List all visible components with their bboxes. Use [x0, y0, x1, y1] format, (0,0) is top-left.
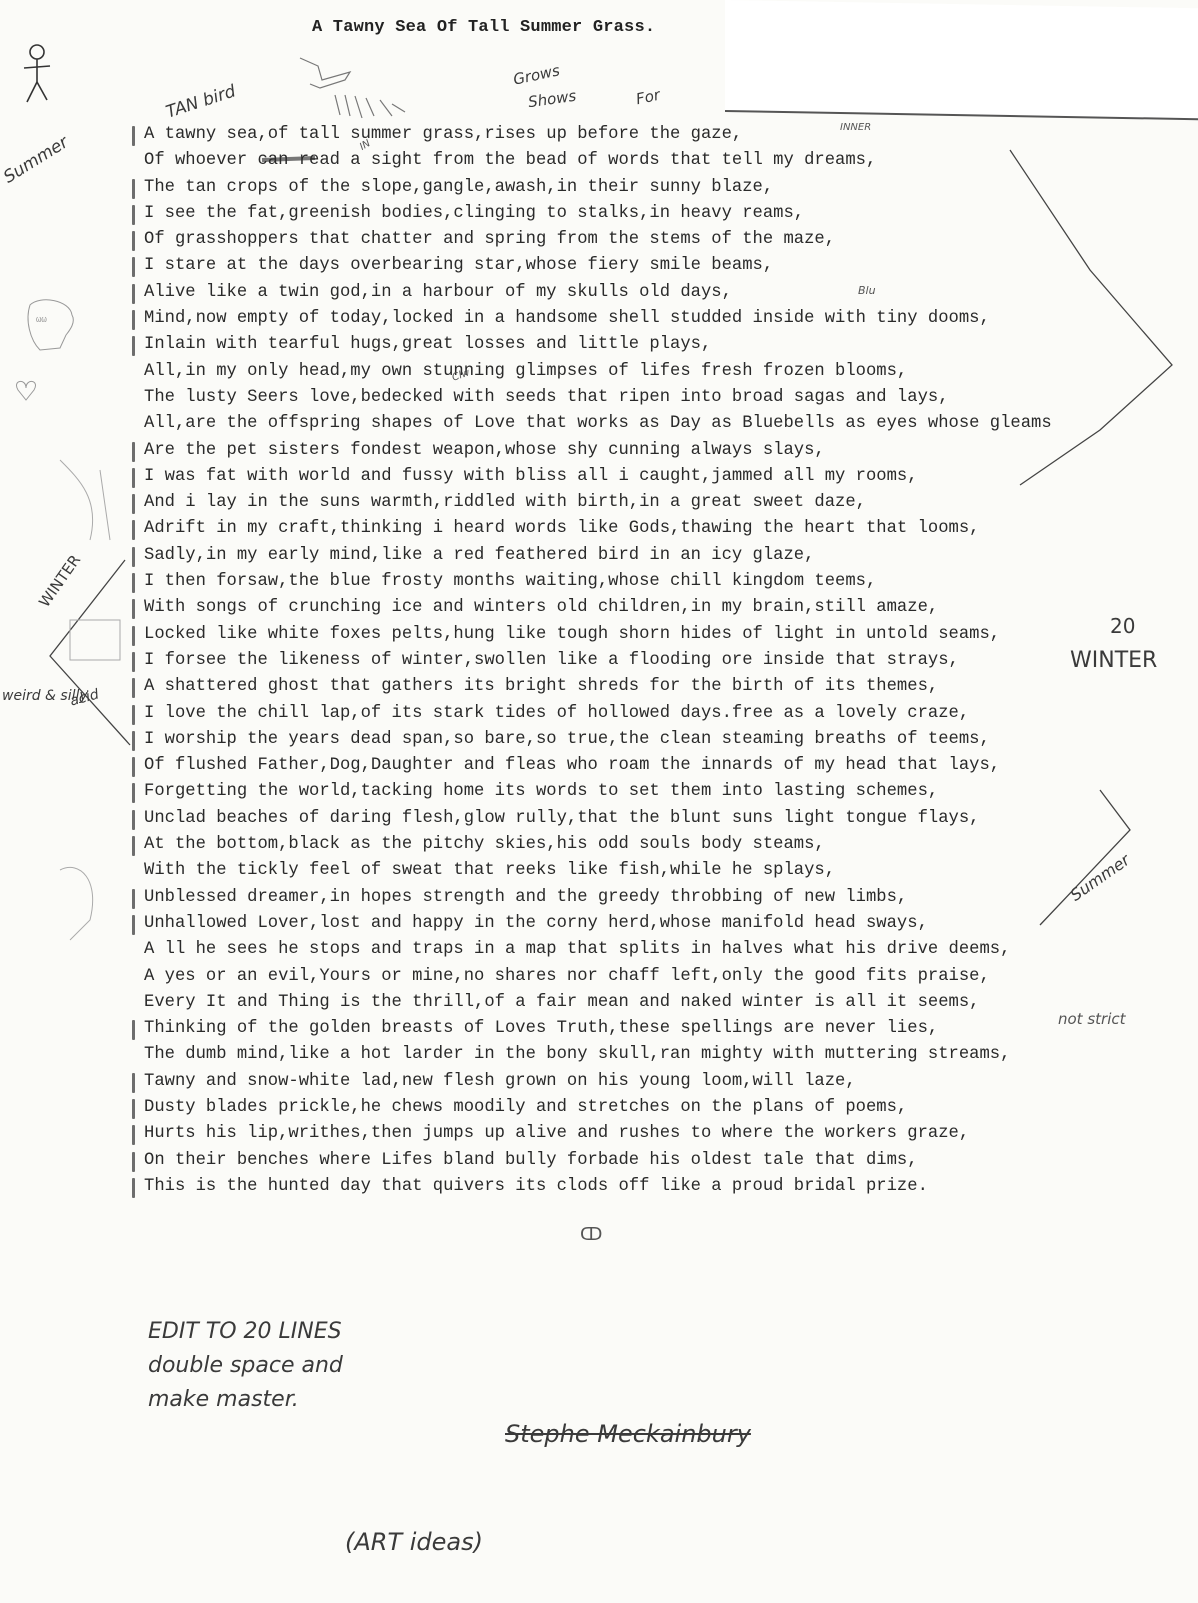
note-for: For: [634, 86, 661, 109]
edit-line-1: EDIT TO 20 LINES: [148, 1315, 343, 1349]
poem-line: The lusty Seers love,bedecked with seeds…: [144, 385, 1194, 411]
note-summer-left: Summer: [0, 132, 72, 187]
poem-line: Of flushed Father,Dog,Daughter and fleas…: [144, 753, 1194, 779]
note-tan-bird: TAN bird: [164, 81, 239, 122]
poem-line-text: Tawny and snow-white lad,new flesh grown…: [144, 1072, 856, 1091]
poem-line: A shattered ghost that gathers its brigh…: [144, 674, 1194, 700]
margin-bar: [132, 257, 135, 277]
margin-bar: [132, 652, 135, 672]
margin-bar: [132, 284, 135, 304]
poem-line: Inlain with tearful hugs,great losses an…: [144, 332, 1194, 358]
margin-bar: [132, 915, 135, 935]
poem-line-text: Inlain with tearful hugs,great losses an…: [144, 335, 711, 354]
poem-line-text: Hurts his lip,writhes,then jumps up aliv…: [144, 1124, 969, 1143]
margin-bar: [132, 573, 135, 593]
poem-line: The dumb mind,like a hot larder in the b…: [144, 1042, 1194, 1068]
margin-bar: [132, 179, 135, 199]
margin-bar: [132, 1099, 135, 1119]
poem-line-text: A ll he sees he stops and traps in a map…: [144, 940, 1010, 959]
poem-line-text: With the tickly feel of sweat that reeks…: [144, 861, 835, 880]
margin-bar: [132, 836, 135, 856]
stick-figure-icon: [24, 45, 50, 102]
poem-line-text: The tan crops of the slope,gangle,awash,…: [144, 178, 773, 197]
poem-line-text: I worship the years dead span,so bare,so…: [144, 730, 990, 749]
margin-bar: [132, 626, 135, 646]
poem-line: Unclad beaches of daring flesh,glow rull…: [144, 806, 1194, 832]
note-blu: Blu: [858, 284, 876, 297]
margin-bar: [132, 126, 135, 146]
margin-bar: [132, 231, 135, 251]
poem-line: With songs of crunching ice and winters …: [144, 595, 1194, 621]
poem-line-text: All,are the offspring shapes of Love tha…: [144, 414, 1052, 433]
poem-line: I stare at the days overbearing star,who…: [144, 253, 1194, 279]
margin-bar: [132, 599, 135, 619]
poem-line-text: Thinking of the golden breasts of Loves …: [144, 1019, 938, 1038]
margin-bar: [132, 547, 135, 567]
poem-line: I see the fat,greenish bodies,clinging t…: [144, 201, 1194, 227]
margin-bar: [132, 336, 135, 356]
poem-line-text: Locked like white foxes pelts,hung like …: [144, 625, 1000, 644]
poem-line-text: A tawny sea,of tall summer grass,rises u…: [144, 125, 742, 144]
margin-bar: [132, 678, 135, 698]
poem-line: Alive like a twin god,in a harbour of my…: [144, 280, 1194, 306]
poem-line: I worship the years dead span,so bare,so…: [144, 727, 1194, 753]
poem-line-text: A yes or an evil,Yours or mine,no shares…: [144, 967, 990, 986]
poem-line: At the bottom,black as the pitchy skies,…: [144, 832, 1194, 858]
poem-line: I love the chill lap,of its stark tides …: [144, 701, 1194, 727]
margin-bar: [132, 1152, 135, 1172]
poem-line: I then forsaw,the blue frosty months wai…: [144, 569, 1194, 595]
edit-line-3: make master.: [148, 1383, 343, 1417]
poem-line-text: Of flushed Father,Dog,Daughter and fleas…: [144, 756, 1000, 775]
note-winter-left: WINTER: [35, 551, 84, 610]
svg-text:ωω: ωω: [36, 315, 47, 325]
poem-line: Are the pet sisters fondest weapon,whose…: [144, 438, 1194, 464]
poem-line-text: Sadly,in my early mind,like a red feathe…: [144, 546, 814, 565]
poem-line-text: Unclad beaches of daring flesh,glow rull…: [144, 809, 979, 828]
poem-line-text: A shattered ghost that gathers its brigh…: [144, 677, 938, 696]
margin-bar: [132, 442, 135, 462]
note-count-20: 20: [1110, 614, 1135, 638]
poem-line-text: I stare at the days overbearing star,who…: [144, 256, 773, 275]
poem-line: With the tickly feel of sweat that reeks…: [144, 858, 1194, 884]
poem-line: On their benches where Lifes bland bully…: [144, 1148, 1194, 1174]
poem-line-text: The dumb mind,like a hot larder in the b…: [144, 1045, 1010, 1064]
poem-line-text: Unhallowed Lover,lost and happy in the c…: [144, 914, 928, 933]
note-not-strict: not strict: [1058, 1010, 1126, 1028]
note-inner: INNER: [840, 122, 871, 133]
margin-bar: [132, 1020, 135, 1040]
margin-bar: [132, 1125, 135, 1145]
note-shows: Shows: [527, 87, 577, 112]
poem-line-text: I forsee the likeness of winter,swollen …: [144, 651, 959, 670]
edit-instructions: EDIT TO 20 LINES double space and make m…: [148, 1315, 343, 1417]
note-grows: Grows: [512, 61, 562, 88]
poem-line-text: With songs of crunching ice and winters …: [144, 598, 938, 617]
poem-line-text: I see the fat,greenish bodies,clinging t…: [144, 204, 804, 223]
poem-line-text: I was fat with world and fussy with blis…: [144, 467, 918, 486]
margin-bar: [132, 310, 135, 330]
margin-bar: [132, 731, 135, 751]
poem-title: A Tawny Sea Of Tall Summer Grass.: [312, 18, 655, 37]
poem-line: Unblessed dreamer,in hopes strength and …: [144, 885, 1194, 911]
head-sketch-icon: ωω: [28, 300, 73, 350]
poem-line: Adrift in my craft,thinking i heard word…: [144, 516, 1194, 542]
poem-line-text: The lusty Seers love,bedecked with seeds…: [144, 388, 949, 407]
heart-sketch-icon: [17, 381, 36, 400]
poem-line-text: Unblessed dreamer,in hopes strength and …: [144, 888, 907, 907]
bird-sketch-icon: [300, 58, 405, 118]
poem-line: Tawny and snow-white lad,new flesh grown…: [144, 1069, 1194, 1095]
margin-bar: [132, 468, 135, 488]
poem-line-text: Adrift in my craft,thinking i heard word…: [144, 519, 979, 538]
poem-line: A tawny sea,of tall summer grass,rises u…: [144, 122, 1194, 148]
poem-line-text: Every It and Thing is the thrill,of a fa…: [144, 993, 979, 1012]
poem-line-text: Alive like a twin god,in a harbour of my…: [144, 283, 732, 302]
poem-line: Mind,now empty of today,locked in a hand…: [144, 306, 1194, 332]
poem-line: I forsee the likeness of winter,swollen …: [144, 648, 1194, 674]
poem-line-text: On their benches where Lifes bland bully…: [144, 1151, 918, 1170]
poem-line-text: This is the hunted day that quivers its …: [144, 1177, 928, 1196]
margin-bar: [132, 889, 135, 909]
margin-bar: [132, 705, 135, 725]
signature: Stephe Meckainbury: [505, 1420, 751, 1448]
poem-line: Dusty blades prickle,he chews moodily an…: [144, 1095, 1194, 1121]
margin-bar: [132, 783, 135, 803]
poem-line: This is the hunted day that quivers its …: [144, 1174, 1194, 1200]
poem-line: A ll he sees he stops and traps in a map…: [144, 937, 1194, 963]
poem-line-text: Are the pet sisters fondest weapon,whose…: [144, 441, 825, 460]
poem-line: The tan crops of the slope,gangle,awash,…: [144, 175, 1194, 201]
poem-line: Of grasshoppers that chatter and spring …: [144, 227, 1194, 253]
poem-line-text: At the bottom,black as the pitchy skies,…: [144, 835, 825, 854]
poem-line-text: I then forsaw,the blue frosty months wai…: [144, 572, 876, 591]
poem-line-text: I love the chill lap,of its stark tides …: [144, 704, 969, 723]
poem-line: I was fat with world and fussy with blis…: [144, 464, 1194, 490]
poem-line: All,are the offspring shapes of Love tha…: [144, 411, 1194, 437]
poem-line: Of whoever can read a sight from the bea…: [144, 148, 1194, 174]
art-ideas-note: (ART ideas): [345, 1528, 483, 1556]
poem-line-text: And i lay in the suns warmth,riddled wit…: [144, 493, 866, 512]
poem-line-text: Dusty blades prickle,he chews moodily an…: [144, 1098, 907, 1117]
poem-line-text: All,in my only head,my own stunning glim…: [144, 362, 907, 381]
margin-bar: [132, 757, 135, 777]
poem-line: Sadly,in my early mind,like a red feathe…: [144, 543, 1194, 569]
poem-line-text: Of whoever can read a sight from the bea…: [144, 151, 876, 170]
margin-bar: [132, 810, 135, 830]
margin-bar: [132, 205, 135, 225]
poem-line: A yes or an evil,Yours or mine,no shares…: [144, 964, 1194, 990]
poem-line: Forgetting the world,tacking home its wo…: [144, 779, 1194, 805]
poem-line-text: Of grasshoppers that chatter and spring …: [144, 230, 835, 249]
poem-body: A tawny sea,of tall summer grass,rises u…: [144, 122, 1194, 1200]
margin-bar: [132, 520, 135, 540]
folded-paper-flap: [725, 0, 1198, 120]
poem-line: Every It and Thing is the thrill,of a fa…: [144, 990, 1194, 1016]
poem-line: Unhallowed Lover,lost and happy in the c…: [144, 911, 1194, 937]
page-mark: ↀ: [580, 1224, 602, 1245]
margin-bar: [132, 1073, 135, 1093]
poem-line: Locked like white foxes pelts,hung like …: [144, 622, 1194, 648]
note-winter-right: WINTER: [1070, 648, 1157, 673]
margin-bar: [132, 1178, 135, 1198]
poem-line-text: Mind,now empty of today,locked in a hand…: [144, 309, 990, 328]
poem-line: Hurts his lip,writhes,then jumps up aliv…: [144, 1121, 1194, 1147]
margin-bar: [132, 494, 135, 514]
edit-line-2: double space and: [148, 1349, 343, 1383]
poem-line-text: Forgetting the world,tacking home its wo…: [144, 782, 938, 801]
poem-line: All,in my only head,my own stunning glim…: [144, 359, 1194, 385]
poem-line: And i lay in the suns warmth,riddled wit…: [144, 490, 1194, 516]
poem-line: Thinking of the golden breasts of Loves …: [144, 1016, 1194, 1042]
